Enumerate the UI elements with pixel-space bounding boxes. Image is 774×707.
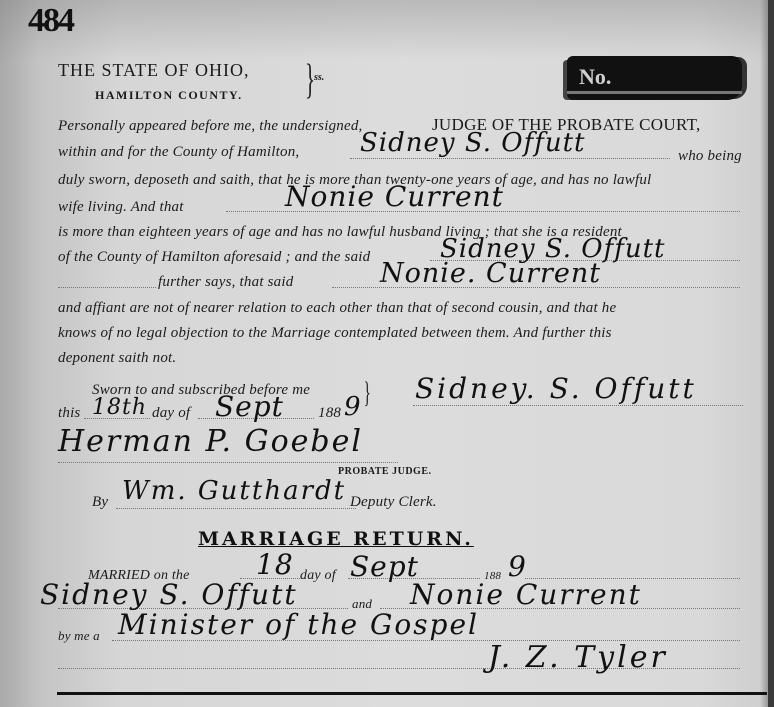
sworn-year-handwritten: 9	[344, 392, 362, 422]
year-prefix: 188	[318, 405, 341, 422]
affidavit-line-4a: wife living. And that	[58, 199, 184, 216]
sworn-month-handwritten: Sept	[215, 390, 284, 423]
affidavit-line-7a: further says, that said	[158, 274, 293, 291]
signature-line	[116, 508, 356, 509]
bride-name-handwritten: Nonie Current	[285, 180, 504, 213]
by-me-a-label: by me a	[58, 628, 100, 644]
affiant-signature: Sidney. S. Offutt	[415, 372, 697, 405]
deputy-clerk-title: Deputy Clerk.	[350, 494, 437, 511]
state-heading: THE STATE OF OHIO,	[58, 60, 250, 81]
sworn-day-handwritten: 18th	[92, 395, 147, 420]
affidavit-line-2b: who being	[678, 148, 742, 165]
bride-name-repeat-handwritten: Nonie. Current	[380, 258, 601, 289]
affidavit-line-9: knows of no legal objection to the Marri…	[58, 325, 612, 342]
deputy-clerk-signature: Wm. Gutthardt	[122, 476, 346, 506]
married-day-handwritten: 18	[256, 548, 294, 581]
officiant-signature: J. Z. Tyler	[488, 640, 668, 675]
affidavit-line-2a: within and for the County of Hamilton,	[58, 144, 299, 161]
fill-line	[350, 158, 670, 159]
number-banner: No.	[567, 56, 742, 100]
affidavit-line-10: deponent saith not.	[58, 350, 176, 367]
by-label: By	[92, 494, 108, 511]
groom-name-handwritten: Sidney S. Offutt	[40, 578, 298, 611]
officiant-title-handwritten: Minister of the Gospel	[118, 608, 479, 641]
affiant-name-handwritten: Sidney S. Offutt	[360, 128, 585, 158]
bride-name-return-handwritten: Nonie Current	[410, 578, 642, 611]
banner-scroll-ornament	[567, 91, 742, 94]
married-month-handwritten: Sept	[350, 550, 419, 583]
ss-mark: ss.	[314, 72, 324, 83]
affidavit-line-8: and affiant are not of nearer relation t…	[58, 300, 616, 317]
page-number: 484	[28, 2, 73, 40]
jurat-brace: }	[364, 376, 371, 410]
signature-line	[413, 405, 743, 406]
marriage-return-heading: MARRIAGE RETURN.	[198, 528, 474, 550]
fill-line	[58, 287, 156, 288]
return-day-of-label: day of	[300, 568, 336, 584]
probate-judge-title: PROBATE JUDGE.	[338, 466, 432, 477]
affidavit-line-6a: of the County of Hamilton aforesaid ; an…	[58, 249, 370, 266]
bottom-rule	[57, 692, 767, 695]
signature-line	[58, 462, 398, 463]
day-of-label: day of	[152, 405, 190, 422]
county-heading: HAMILTON COUNTY.	[95, 88, 243, 103]
number-label: No.	[579, 64, 611, 90]
affidavit-line-1a: Personally appeared before me, the under…	[58, 118, 362, 135]
probate-judge-signature: Herman P. Goebel	[58, 424, 363, 459]
this-label: this	[58, 405, 80, 422]
marriage-record-page: 484 THE STATE OF OHIO, HAMILTON COUNTY. …	[0, 0, 774, 707]
